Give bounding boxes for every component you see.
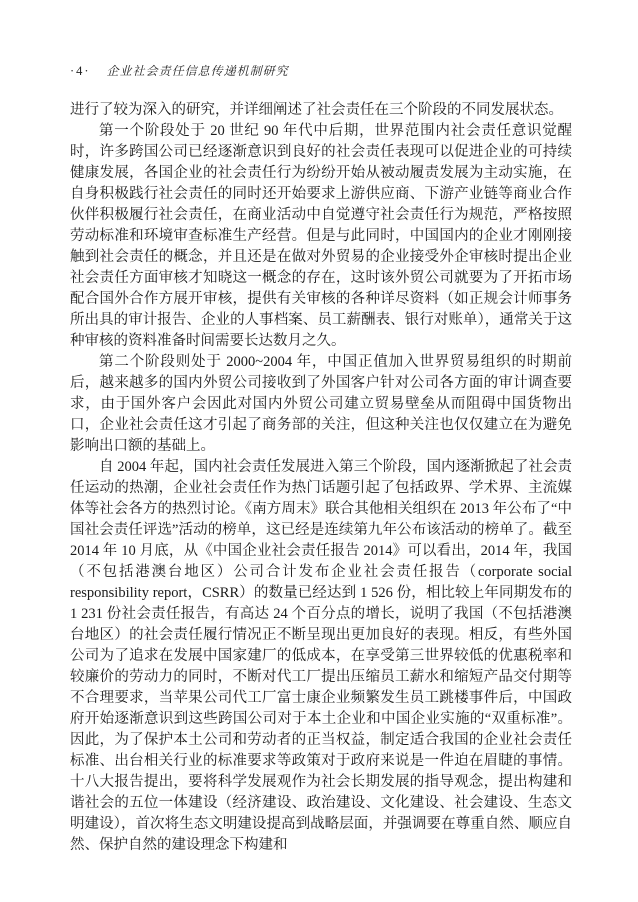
page-body: 进行了较为深入的研究，并详细阐述了社会责任在三个阶段的不同发展状态。 第一个阶段… <box>70 100 572 856</box>
running-title: 企业社会责任信息传递机制研究 <box>107 62 289 79</box>
paragraph-stage-three: 自 2004 年起，国内社会责任发展进入第三个阶段，国内逐渐掀起了社会责任运动的… <box>70 457 572 856</box>
page-number: ·4· <box>70 64 91 79</box>
running-header: ·4· 企业社会责任信息传递机制研究 <box>70 62 572 79</box>
book-page: ·4· 企业社会责任信息传递机制研究 进行了较为深入的研究，并详细阐述了社会责任… <box>0 0 638 902</box>
paragraph-continuation: 进行了较为深入的研究，并详细阐述了社会责任在三个阶段的不同发展状态。 <box>70 100 572 121</box>
paragraph-stage-two: 第二个阶段则处于 2000~2004 年，中国正值加入世界贸易组织的时期前后，越… <box>70 352 572 457</box>
paragraph-stage-one: 第一个阶段处于 20 世纪 90 年代中后期，世界范围内社会责任意识觉醒时，许多… <box>70 121 572 352</box>
